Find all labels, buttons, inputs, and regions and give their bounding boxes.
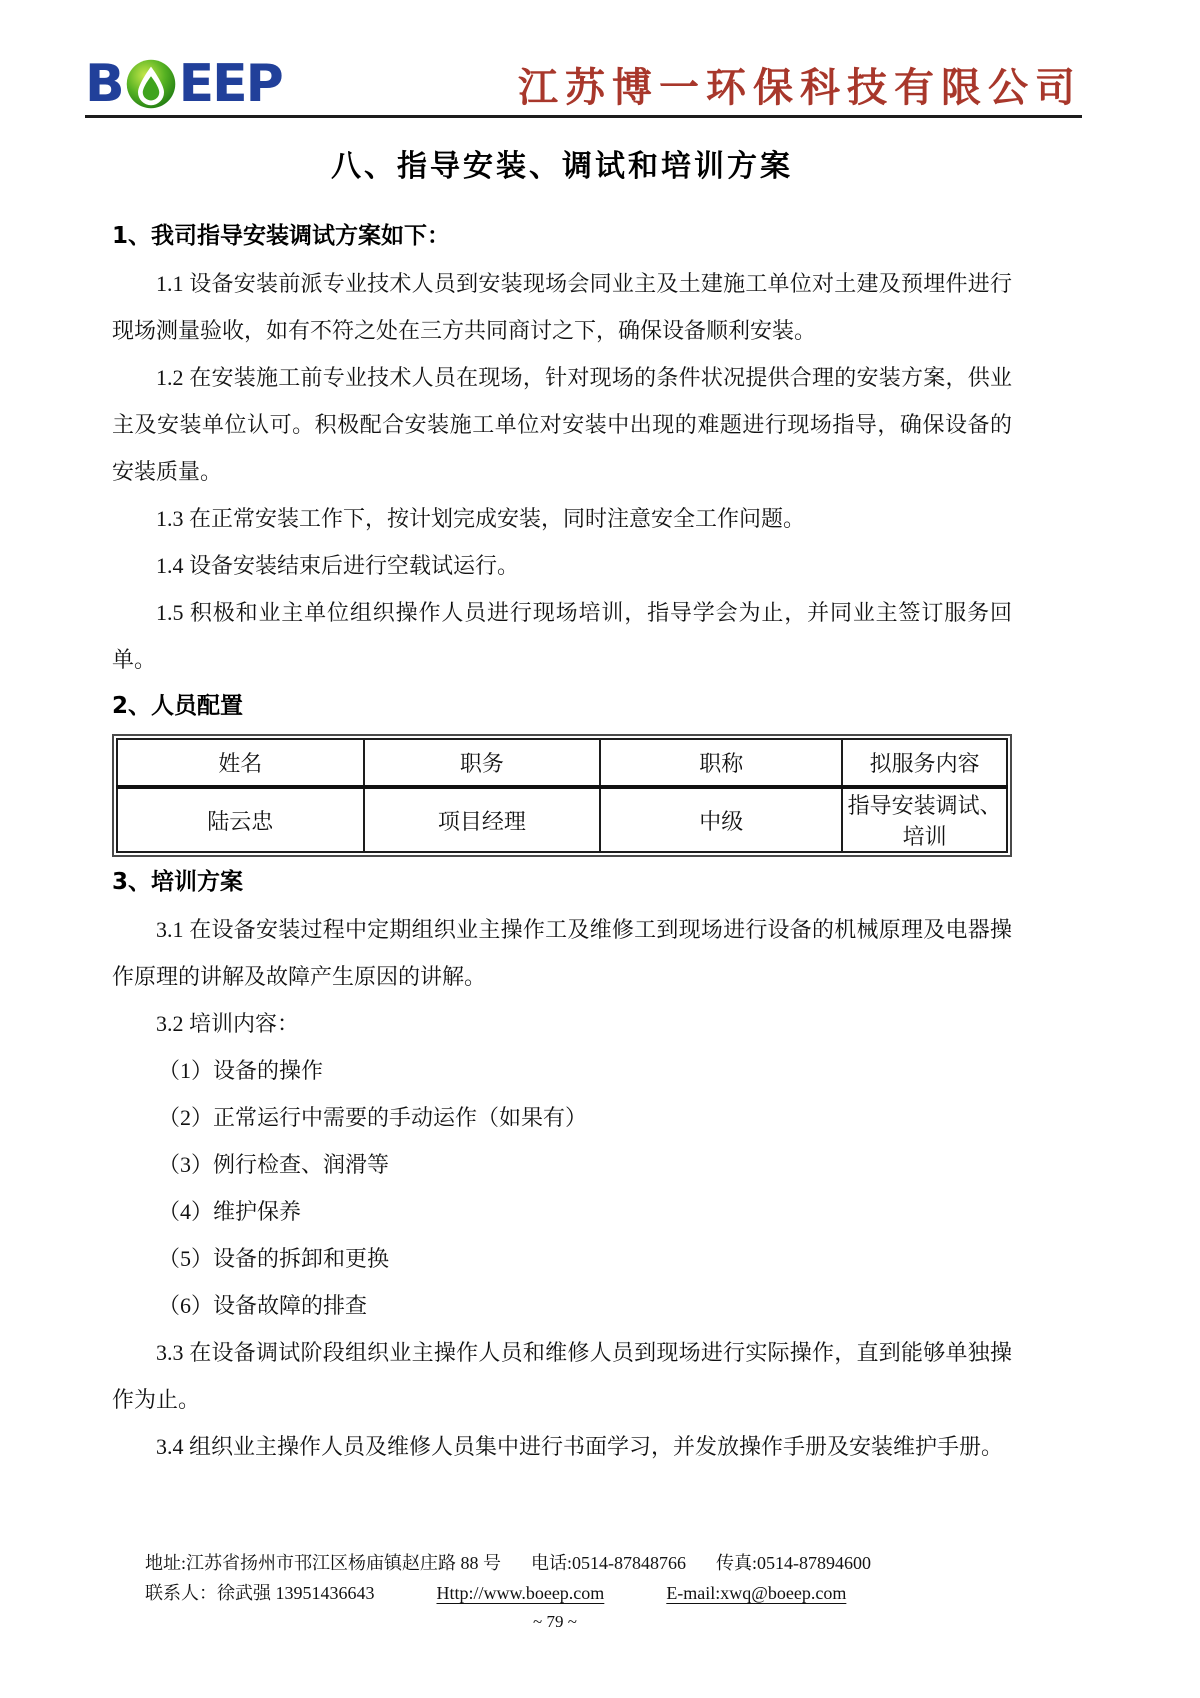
page-header: B EEP 江苏博一环保科技有限公司 (85, 58, 1082, 118)
paragraph-1-2: 1.2 在安装施工前专业技术人员在现场，针对现场的条件状况提供合理的安装方案，供… (112, 354, 1012, 495)
footer-fax: 传真:0514-87894600 (716, 1548, 871, 1578)
water-droplet-icon (125, 58, 177, 110)
footer-line-1: 地址:江苏省扬州市邗江区杨庙镇赵庄路 88 号 电话:0514-87848766… (145, 1548, 1050, 1578)
training-item-3: （3）例行检查、润滑等 (112, 1141, 1012, 1188)
section-1-heading: 1、我司指导安装调试方案如下： (112, 213, 1012, 260)
training-item-4: （4）维护保养 (112, 1188, 1012, 1235)
paragraph-1-1: 1.1 设备安装前派专业技术人员到安装现场会同业主及土建施工单位对土建及预埋件进… (112, 260, 1012, 354)
paragraph-3-4: 3.4 组织业主操作人员及维修人员集中进行书面学习，并发放操作手册及安装维护手册… (112, 1423, 1012, 1470)
paragraph-1-4: 1.4 设备安装结束后进行空载试运行。 (112, 542, 1012, 589)
footer-line-2: 联系人：徐武强 13951436643 Http://www.boeep.com… (145, 1578, 1050, 1608)
section-2-heading: 2、人员配置 (112, 683, 1012, 730)
company-logo: B EEP (85, 58, 282, 110)
footer-website-link[interactable]: Http://www.boeep.com (437, 1578, 605, 1608)
company-name: 江苏博一环保科技有限公司 (518, 66, 1082, 110)
table-header-position: 职务 (364, 739, 601, 787)
table-header-row: 姓名 职务 职称 拟服务内容 (117, 739, 1007, 787)
logo-letter-b: B (85, 58, 123, 110)
cell-position: 项目经理 (364, 787, 601, 852)
personnel-table-frame: 姓名 职务 职称 拟服务内容 陆云忠 项目经理 中级 指导安装调试、培训 (112, 734, 1012, 857)
table-row: 陆云忠 项目经理 中级 指导安装调试、培训 (117, 787, 1007, 852)
document-body: 八、指导安装、调试和培训方案 1、我司指导安装调试方案如下： 1.1 设备安装前… (112, 147, 1012, 1470)
cell-name: 陆云忠 (117, 787, 364, 852)
table-header-name: 姓名 (117, 739, 364, 787)
footer-contact: 联系人：徐武强 13951436643 (145, 1578, 375, 1608)
logo-letters-eep: EEP (179, 58, 282, 110)
footer-phone: 电话:0514-87848766 (531, 1548, 686, 1578)
paragraph-1-5: 1.5 积极和业主单位组织操作人员进行现场培训，指导学会为止，并同业主签订服务回… (112, 589, 1012, 683)
page-footer: 地址:江苏省扬州市邗江区杨庙镇赵庄路 88 号 电话:0514-87848766… (145, 1548, 1050, 1636)
training-item-5: （5）设备的拆卸和更换 (112, 1235, 1012, 1282)
paragraph-3-2: 3.2 培训内容： (112, 1000, 1012, 1047)
paragraph-3-3: 3.3 在设备调试阶段组织业主操作人员和维修人员到现场进行实际操作，直到能够单独… (112, 1329, 1012, 1423)
cell-service: 指导安装调试、培训 (842, 787, 1007, 852)
personnel-table: 姓名 职务 职称 拟服务内容 陆云忠 项目经理 中级 指导安装调试、培训 (116, 738, 1008, 853)
document-page: B EEP 江苏博一环保科技有限公司 (0, 0, 1200, 1698)
footer-email-link[interactable]: E-mail:xwq@boeep.com (666, 1578, 846, 1608)
training-item-1: （1）设备的操作 (112, 1047, 1012, 1094)
paragraph-3-1: 3.1 在设备安装过程中定期组织业主操作工及维修工到现场进行设备的机械原理及电器… (112, 906, 1012, 1000)
section-3-heading: 3、培训方案 (112, 859, 1012, 906)
footer-address: 地址:江苏省扬州市邗江区杨庙镇赵庄路 88 号 (145, 1548, 501, 1578)
page-title: 八、指导安装、调试和培训方案 (112, 147, 1012, 187)
table-header-title: 职称 (600, 739, 842, 787)
cell-title: 中级 (600, 787, 842, 852)
table-header-service: 拟服务内容 (842, 739, 1007, 787)
training-item-2: （2）正常运行中需要的手动运作（如果有） (112, 1094, 1012, 1141)
paragraph-1-3: 1.3 在正常安装工作下，按计划完成安装，同时注意安全工作问题。 (112, 495, 1012, 542)
training-item-6: （6）设备故障的排查 (112, 1282, 1012, 1329)
page-number: ~ 79 ~ (145, 1608, 1050, 1636)
